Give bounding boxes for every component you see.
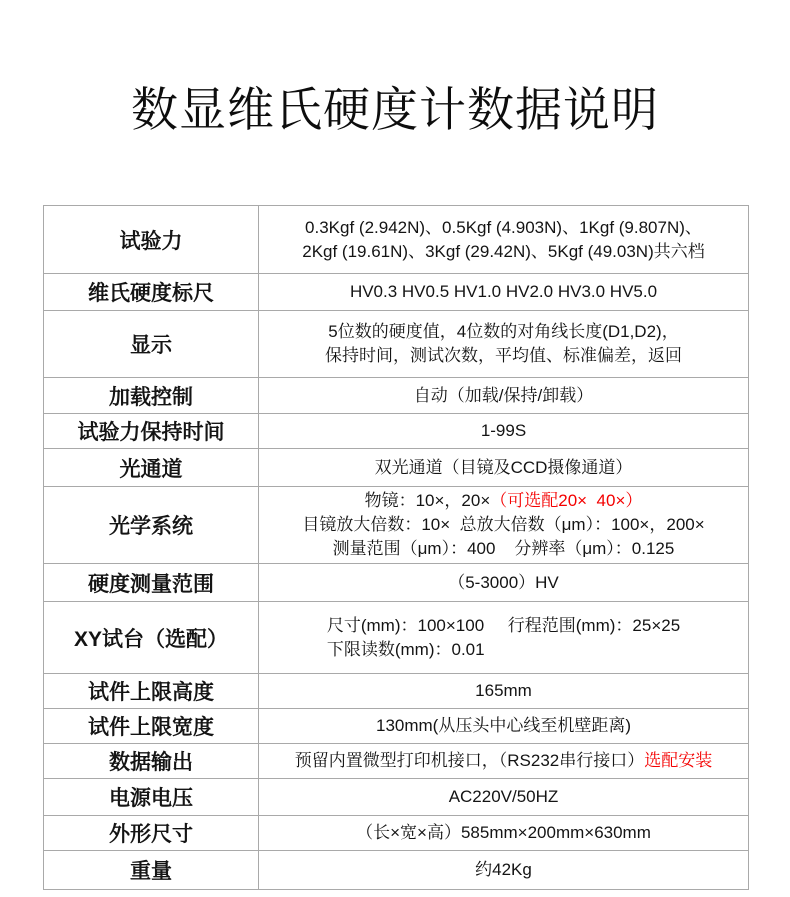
spec-label: 试件上限高度 [44, 674, 259, 709]
spec-value-line: 物镜：10×，20×（可选配20× 40×） [302, 489, 704, 513]
spec-value-line: 目镜放大倍数：10× 总放大倍数（μm）：100×，200× [302, 513, 704, 537]
spec-value: 5位数的硬度值，4位数的对角线长度(D1,D2)，保持时间，测试次数，平均值、标… [259, 311, 749, 378]
spec-value-line: 0.3Kgf (2.942N)、0.5Kgf (4.903N)、1Kgf (9.… [302, 216, 705, 240]
spec-value-segment: 5位数的硬度值，4位数的对角线长度(D1,D2)， [328, 322, 678, 341]
optional-config-highlight: （可选配20× 40×） [490, 491, 642, 510]
table-row: XY试台（选配）尺寸(mm)：100×100 行程范围(mm)：25×25下限读… [44, 602, 749, 674]
spec-value-text: HV0.3 HV0.5 HV1.0 HV2.0 HV3.0 HV5.0 [350, 280, 657, 304]
spec-value-segment: 2Kgf (19.61N)、3Kgf (29.42N)、5Kgf (49.03N… [302, 242, 705, 261]
spec-value-text: 约42Kg [475, 858, 532, 882]
spec-value-text: 自动（加载/保持/卸载） [414, 384, 593, 408]
spec-value-segment: 测量范围（μm）：400 分辨率（μm）：0.125 [333, 539, 675, 558]
spec-value-text: 130mm(从压头中心线至机壁距离) [376, 714, 631, 738]
spec-value-line: 5位数的硬度值，4位数的对角线长度(D1,D2)， [325, 320, 682, 344]
spec-value-line: 130mm(从压头中心线至机壁距离) [376, 714, 631, 738]
spec-value-segment: 保持时间，测试次数，平均值、标准偏差，返回 [325, 346, 682, 365]
spec-value: HV0.3 HV0.5 HV1.0 HV2.0 HV3.0 HV5.0 [259, 274, 749, 311]
spec-value-segment: 130mm(从压头中心线至机壁距离) [376, 716, 631, 735]
spec-value: 物镜：10×，20×（可选配20× 40×）目镜放大倍数：10× 总放大倍数（μ… [259, 487, 749, 564]
table-row: 试验力0.3Kgf (2.942N)、0.5Kgf (4.903N)、1Kgf … [44, 206, 749, 274]
spec-value-line: （5-3000）HV [448, 571, 559, 595]
spec-value-segment: HV0.3 HV0.5 HV1.0 HV2.0 HV3.0 HV5.0 [350, 282, 657, 301]
spec-value-segment: 预留内置微型打印机接口，（RS232串行接口） [295, 751, 644, 770]
spec-value: 130mm(从压头中心线至机壁距离) [259, 709, 749, 744]
spec-value: 尺寸(mm)：100×100 行程范围(mm)：25×25下限读数(mm)：0.… [259, 602, 749, 674]
spec-table: 试验力0.3Kgf (2.942N)、0.5Kgf (4.903N)、1Kgf … [43, 205, 749, 890]
spec-value-text: 165mm [475, 679, 532, 703]
spec-label: 维氏硬度标尺 [44, 274, 259, 311]
spec-label: 重量 [44, 851, 259, 890]
spec-value: 自动（加载/保持/卸载） [259, 378, 749, 414]
spec-value-text: （5-3000）HV [448, 571, 559, 595]
spec-value-segment: 165mm [475, 681, 532, 700]
spec-value-segment: 0.3Kgf (2.942N)、0.5Kgf (4.903N)、1Kgf (9.… [305, 218, 702, 237]
spec-value-segment: 双光通道（目镜及CCD摄像通道） [375, 458, 633, 477]
table-row: 试验力保持时间1-99S [44, 414, 749, 449]
spec-value-text: 1-99S [481, 419, 526, 443]
spec-value-line: 165mm [475, 679, 532, 703]
spec-table-body: 试验力0.3Kgf (2.942N)、0.5Kgf (4.903N)、1Kgf … [44, 206, 749, 890]
spec-label: 试验力保持时间 [44, 414, 259, 449]
spec-value-line: 测量范围（μm）：400 分辨率（μm）：0.125 [302, 537, 704, 561]
spec-value: 约42Kg [259, 851, 749, 890]
spec-value-text: 预留内置微型打印机接口，（RS232串行接口）选配安装 [295, 749, 712, 773]
spec-value-line: （长×宽×高）585mm×200mm×630mm [356, 821, 651, 845]
table-row: 电源电压AC220V/50HZ [44, 779, 749, 816]
spec-value-line: 2Kgf (19.61N)、3Kgf (29.42N)、5Kgf (49.03N… [302, 240, 705, 264]
spec-label: 试件上限宽度 [44, 709, 259, 744]
page-title: 数显维氏硬度计数据说明 [0, 80, 790, 140]
spec-value-text: AC220V/50HZ [449, 785, 559, 809]
spec-label: 硬度测量范围 [44, 564, 259, 602]
spec-value: 0.3Kgf (2.942N)、0.5Kgf (4.903N)、1Kgf (9.… [259, 206, 749, 274]
spec-value-line: 尺寸(mm)：100×100 行程范围(mm)：25×25 [327, 614, 680, 638]
spec-value: 1-99S [259, 414, 749, 449]
spec-value: 165mm [259, 674, 749, 709]
spec-label: 光学系统 [44, 487, 259, 564]
table-row: 数据输出预留内置微型打印机接口，（RS232串行接口）选配安装 [44, 744, 749, 779]
spec-value-text: 双光通道（目镜及CCD摄像通道） [375, 456, 633, 480]
spec-label: 外形尺寸 [44, 816, 259, 851]
table-row: 试件上限高度165mm [44, 674, 749, 709]
table-row: 显示5位数的硬度值，4位数的对角线长度(D1,D2)，保持时间，测试次数，平均值… [44, 311, 749, 378]
spec-sheet-page: 数显维氏硬度计数据说明 试验力0.3Kgf (2.942N)、0.5Kgf (4… [0, 0, 790, 897]
spec-value: 预留内置微型打印机接口，（RS232串行接口）选配安装 [259, 744, 749, 779]
spec-label: XY试台（选配） [44, 602, 259, 674]
table-row: 维氏硬度标尺HV0.3 HV0.5 HV1.0 HV2.0 HV3.0 HV5.… [44, 274, 749, 311]
spec-value-segment: 尺寸(mm)：100×100 行程范围(mm)：25×25 [327, 616, 680, 635]
spec-value-text: 尺寸(mm)：100×100 行程范围(mm)：25×25下限读数(mm)：0.… [327, 614, 680, 662]
spec-value-text: 5位数的硬度值，4位数的对角线长度(D1,D2)，保持时间，测试次数，平均值、标… [325, 320, 682, 368]
spec-value-line: 预留内置微型打印机接口，（RS232串行接口）选配安装 [295, 749, 712, 773]
spec-value-line: 保持时间，测试次数，平均值、标准偏差，返回 [325, 344, 682, 368]
spec-value-line: 1-99S [481, 419, 526, 443]
spec-label: 试验力 [44, 206, 259, 274]
spec-label: 光通道 [44, 449, 259, 487]
spec-value-line: 约42Kg [475, 858, 532, 882]
table-row: 加载控制自动（加载/保持/卸载） [44, 378, 749, 414]
spec-label: 电源电压 [44, 779, 259, 816]
spec-value: AC220V/50HZ [259, 779, 749, 816]
spec-value: （5-3000）HV [259, 564, 749, 602]
table-row: 重量约42Kg [44, 851, 749, 890]
spec-value-line: 双光通道（目镜及CCD摄像通道） [375, 456, 633, 480]
spec-value-segment: （长×宽×高）585mm×200mm×630mm [356, 823, 651, 842]
spec-value-segment: 目镜放大倍数：10× 总放大倍数（μm）：100×，200× [302, 515, 704, 534]
spec-value-segment: 物镜：10×，20× [365, 491, 491, 510]
spec-label: 数据输出 [44, 744, 259, 779]
spec-value-segment: 自动（加载/保持/卸载） [414, 386, 593, 405]
spec-value-segment: 1-99S [481, 421, 526, 440]
spec-value-line: HV0.3 HV0.5 HV1.0 HV2.0 HV3.0 HV5.0 [350, 280, 657, 304]
spec-value-segment: （5-3000）HV [448, 573, 559, 592]
spec-value-line: AC220V/50HZ [449, 785, 559, 809]
spec-value-segment: 约42Kg [475, 860, 532, 879]
table-row: 试件上限宽度130mm(从压头中心线至机壁距离) [44, 709, 749, 744]
spec-value-text: 物镜：10×，20×（可选配20× 40×）目镜放大倍数：10× 总放大倍数（μ… [302, 489, 704, 561]
table-row: 硬度测量范围（5-3000）HV [44, 564, 749, 602]
spec-value-segment: 下限读数(mm)：0.01 [327, 640, 485, 659]
spec-value-line: 自动（加载/保持/卸载） [414, 384, 593, 408]
spec-value-segment: AC220V/50HZ [449, 787, 559, 806]
spec-label: 显示 [44, 311, 259, 378]
spec-value-text: 0.3Kgf (2.942N)、0.5Kgf (4.903N)、1Kgf (9.… [302, 216, 705, 264]
spec-value-text: （长×宽×高）585mm×200mm×630mm [356, 821, 651, 845]
table-row: 外形尺寸（长×宽×高）585mm×200mm×630mm [44, 816, 749, 851]
spec-value-line: 下限读数(mm)：0.01 [327, 638, 680, 662]
spec-label: 加载控制 [44, 378, 259, 414]
table-row: 光学系统物镜：10×，20×（可选配20× 40×）目镜放大倍数：10× 总放大… [44, 487, 749, 564]
optional-config-highlight: 选配安装 [644, 751, 712, 770]
spec-value: （长×宽×高）585mm×200mm×630mm [259, 816, 749, 851]
table-row: 光通道双光通道（目镜及CCD摄像通道） [44, 449, 749, 487]
spec-value: 双光通道（目镜及CCD摄像通道） [259, 449, 749, 487]
